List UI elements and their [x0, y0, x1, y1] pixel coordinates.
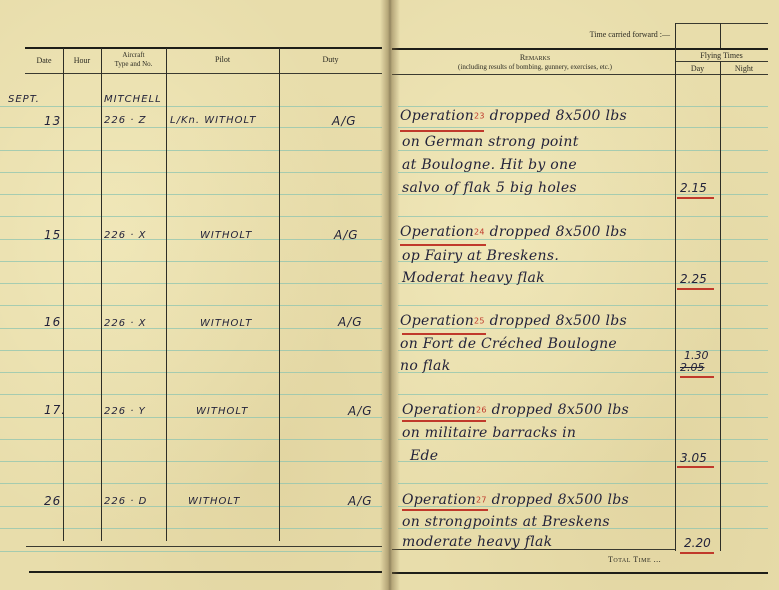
red-underline: [677, 466, 714, 468]
entry-pilot: WITHOLT: [188, 496, 240, 507]
operation-number: 23: [474, 112, 485, 121]
remark-line: salvo of flak 5 big holes: [402, 180, 577, 196]
entry-date: 16: [44, 315, 61, 329]
entry-pilot: WITHOLT: [200, 230, 252, 241]
day-flying-time-struck: 2.05: [680, 361, 705, 374]
remark-line: moderate heavy flak: [402, 534, 552, 550]
entry-aircraft: 226 · X: [104, 318, 146, 329]
red-underline: [677, 197, 714, 199]
column-header-hour: Hour: [63, 56, 101, 65]
month-label: SEPT.: [8, 94, 40, 105]
aircraft-header-line1: Aircraft: [101, 51, 166, 60]
entry-date: 17.: [44, 403, 66, 417]
day-flying-time: 2.15: [680, 181, 707, 195]
remark-line: dropped 8x500 lbs: [490, 313, 627, 329]
red-underline: [402, 509, 488, 511]
entry-duty: A/G: [338, 315, 363, 329]
operation-number: 24: [474, 228, 485, 237]
remark-line: dropped 8x500 lbs: [492, 492, 629, 508]
operation-word: Operation: [400, 313, 474, 329]
entry-pilot: L/Kn. WITHOLT: [170, 115, 257, 126]
remark-line: dropped 8x500 lbs: [492, 402, 629, 418]
entry-aircraft: 226 · X: [104, 230, 146, 241]
remarks-subheading: (including results of bombing, gunnery, …: [400, 63, 670, 72]
entry-date: 26: [44, 494, 61, 508]
entry-date: 13: [44, 114, 61, 128]
column-header-duty: Duty: [279, 55, 382, 64]
remark-line: Ede: [410, 448, 438, 464]
column-header-day: Day: [675, 64, 720, 73]
entry-aircraft: 226 · D: [104, 496, 147, 507]
remark-line: dropped 8x500 lbs: [490, 224, 627, 240]
red-underline: [680, 376, 714, 378]
operation-word: Operation: [402, 402, 476, 418]
operation-number: 26: [476, 406, 487, 415]
column-header-night: Night: [720, 64, 768, 73]
remark-line: on Fort de Créched Boulogne: [400, 336, 617, 352]
flying-times-heading: Flying Times: [675, 51, 768, 60]
remark-line: dropped 8x500 lbs: [490, 108, 627, 124]
column-header-pilot: Pilot: [166, 55, 279, 64]
column-header-aircraft: Aircraft Type and No.: [101, 51, 166, 69]
aircraft-type-label: MITCHELL: [104, 94, 162, 105]
red-underline: [400, 244, 486, 246]
operation-word: Operation: [402, 492, 476, 508]
remark-line: Moderat heavy flak: [402, 270, 545, 286]
entry-pilot: WITHOLT: [196, 406, 248, 417]
day-flying-time: 3.05: [680, 451, 707, 465]
red-underline: [402, 333, 486, 335]
entry-duty: A/G: [348, 404, 373, 418]
entry-pilot: WITHOLT: [200, 318, 252, 329]
remark-line: on militaire barracks in: [402, 425, 576, 441]
entry-duty: A/G: [332, 114, 357, 128]
red-underline: [677, 288, 714, 290]
aircraft-header-line2: Type and No.: [101, 60, 166, 69]
time-carried-forward-label: Time carried forward :—: [540, 30, 670, 39]
remarks-heading: Remarks: [400, 53, 670, 62]
remark-line: on strongpoints at Breskens: [402, 514, 610, 530]
entry-aircraft: 226 · Z: [104, 115, 146, 126]
operation-number: 27: [476, 496, 487, 505]
column-header-date: Date: [25, 56, 63, 65]
entry-duty: A/G: [334, 228, 359, 242]
remark-line: op Fairy at Breskens.: [402, 248, 559, 264]
entry-aircraft: 226 · Y: [104, 406, 146, 417]
red-underline: [400, 130, 484, 132]
day-flying-time: 2.25: [680, 272, 707, 286]
entry-date: 15: [44, 228, 61, 242]
book-spine: [380, 0, 400, 590]
red-underline: [402, 420, 486, 422]
remark-line: at Boulogne. Hit by one: [402, 157, 577, 173]
red-underline: [680, 552, 714, 554]
total-time-label: Total Time ...: [608, 555, 661, 564]
entry-duty: A/G: [348, 494, 373, 508]
operation-number: 25: [474, 317, 485, 326]
remark-line: on German strong point: [402, 134, 579, 150]
day-flying-time: 2.20: [684, 536, 711, 550]
remark-line: no flak: [400, 358, 451, 374]
operation-word: Operation: [400, 224, 474, 240]
operation-word: Operation: [400, 108, 474, 124]
